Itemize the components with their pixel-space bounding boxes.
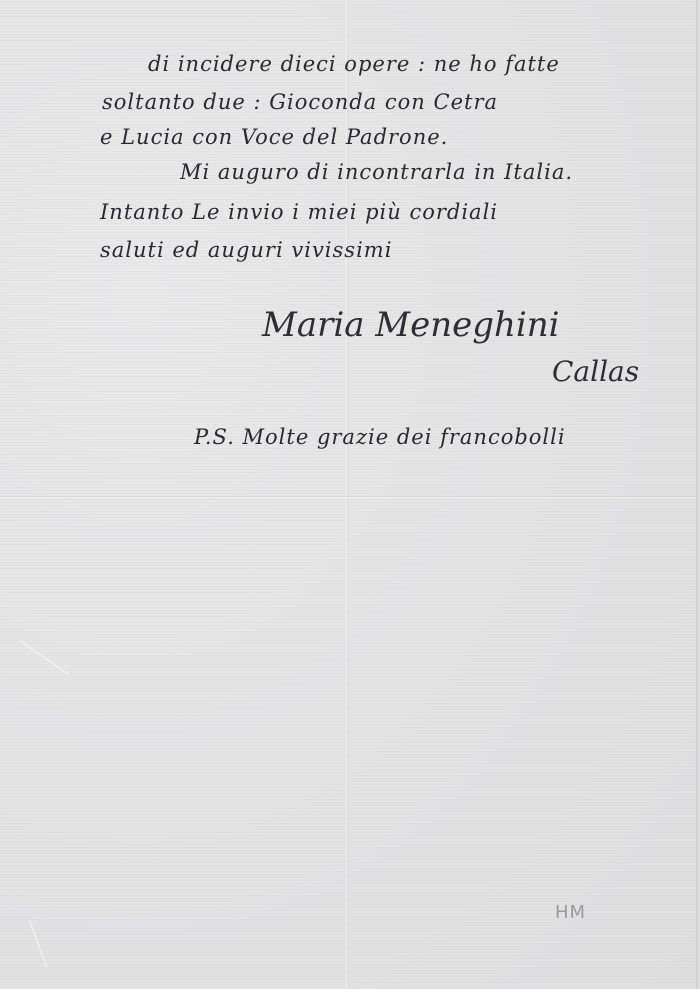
letter-line-1: di incidere dieci opere : ne ho fatte [148, 52, 560, 76]
letter-line-2: soltanto due : Gioconda con Cetra [102, 90, 498, 114]
signature-surname: Callas [552, 355, 639, 388]
signature-name: Maria Meneghini [262, 305, 560, 345]
pencil-annotation: HM [555, 902, 586, 923]
letter-line-3: e Lucia con Voce del Padrone. [100, 125, 448, 149]
letter-page: di incidere dieci opere : ne ho fatte so… [0, 0, 697, 989]
paper-crease [19, 640, 69, 675]
letter-line-4: Mi auguro di incontrarla in Italia. [180, 160, 573, 184]
letter-line-6: saluti ed auguri vivissimi [100, 238, 392, 262]
letter-line-5: Intanto Le invio i miei più cordiali [100, 200, 498, 224]
postscript: P.S. Molte grazie dei francobolli [194, 425, 566, 449]
paper-crease [29, 920, 47, 967]
horizontal-fold-crease [0, 496, 696, 498]
